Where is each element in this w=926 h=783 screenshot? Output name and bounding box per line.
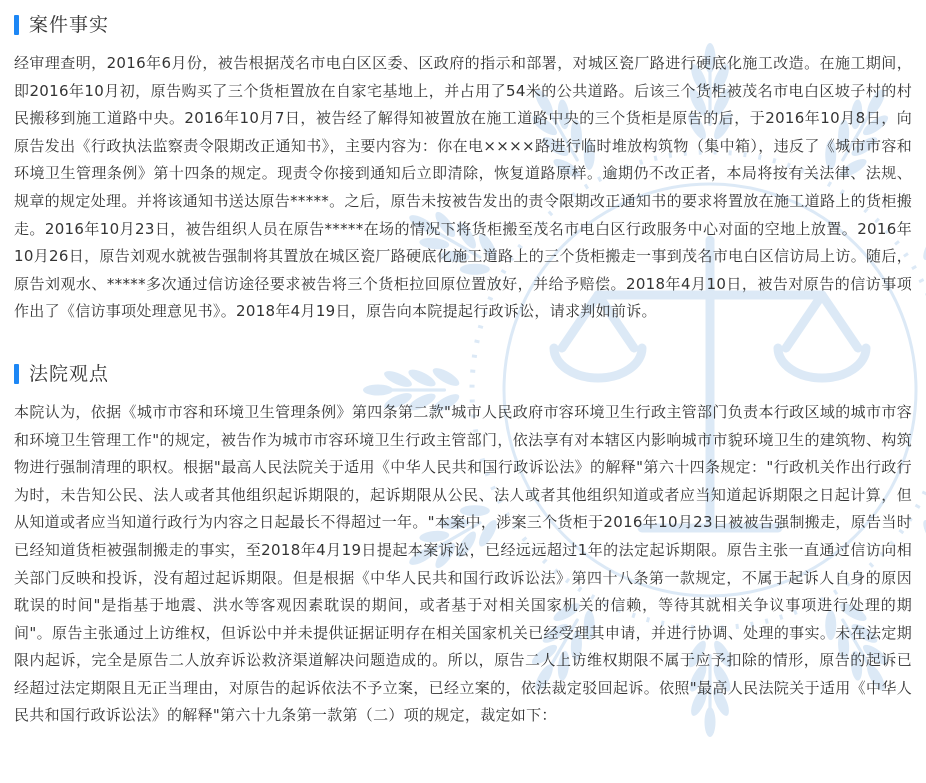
section-title: 法院观点 xyxy=(29,362,109,386)
section-header: 案件事实 xyxy=(14,13,912,37)
section-case-facts: 案件事实 经审理查明，2016年6月份，被告根据茂名市电白区区委、区政府的指示和… xyxy=(14,13,912,326)
section-header: 法院观点 xyxy=(14,362,912,386)
section-accent-bar xyxy=(14,364,19,384)
legal-case-page: { "page": { "background": "#ffffff", "ac… xyxy=(0,0,926,783)
section-body-text: 经审理查明，2016年6月份，被告根据茂名市电白区区委、区政府的指示和部署，对城… xyxy=(14,50,912,326)
section-title: 案件事实 xyxy=(29,13,109,37)
section-court-opinion: 法院观点 本院认为，依据《城市市容和环境卫生管理条例》第四条第二款"城市人民政府… xyxy=(14,362,912,730)
section-body-text: 本院认为，依据《城市市容和环境卫生管理条例》第四条第二款"城市人民政府市容环境卫… xyxy=(14,399,912,730)
section-accent-bar xyxy=(14,15,19,35)
document-content: 案件事实 经审理查明，2016年6月份，被告根据茂名市电白区区委、区政府的指示和… xyxy=(0,0,926,730)
